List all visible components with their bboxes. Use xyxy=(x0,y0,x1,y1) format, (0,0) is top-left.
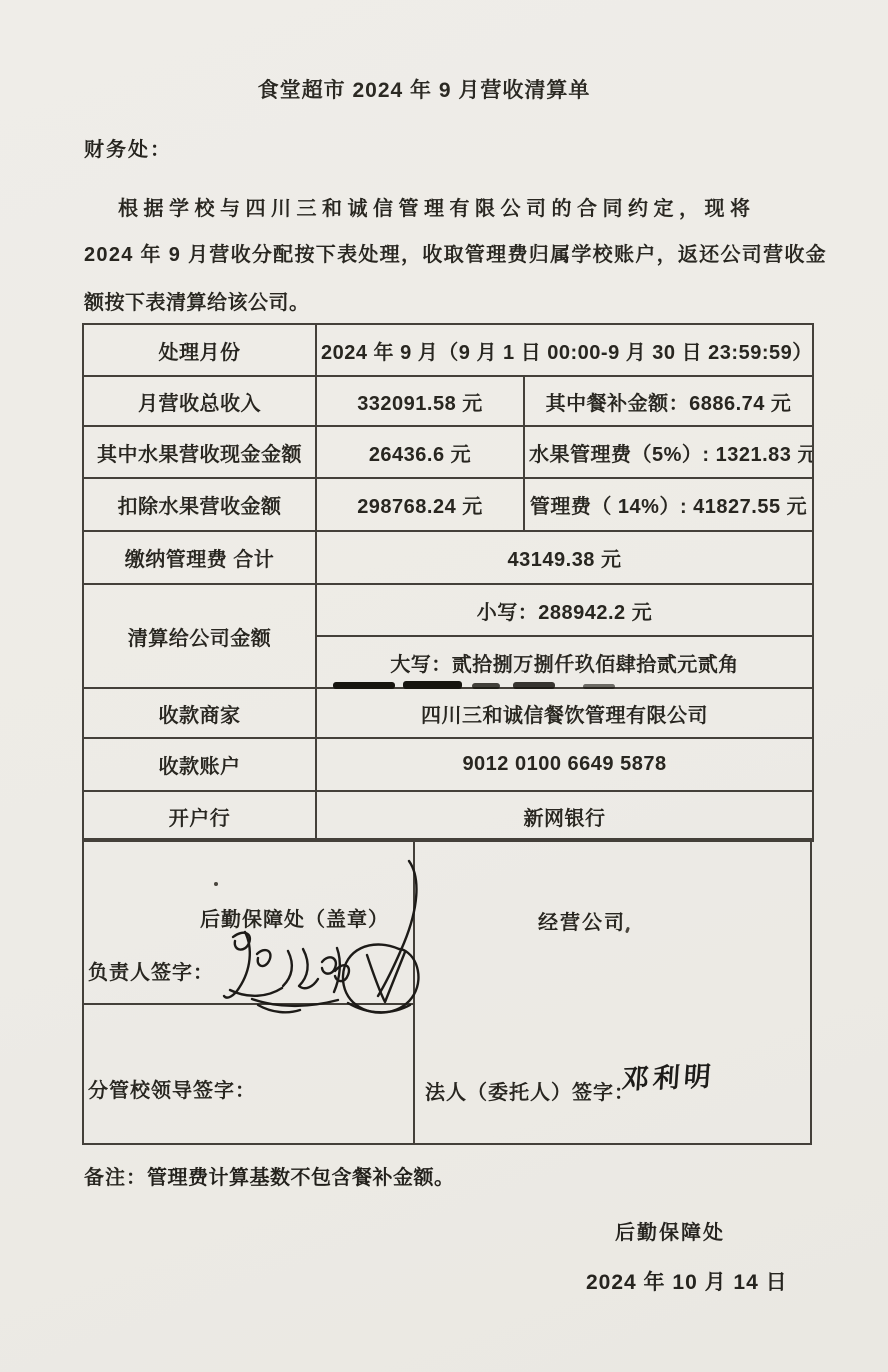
body-paragraph-line-3: 额按下表清算给该公司。 xyxy=(84,286,310,315)
table-row: 开户行 新网银行 xyxy=(83,791,813,841)
row-note: 管理费（ 14%）: 41827.55 元 xyxy=(524,478,813,531)
table-row: 清算给公司金额 小写：288942.2 元 xyxy=(83,584,813,636)
redacted-smudge xyxy=(403,681,462,689)
operating-company-title: 经营公司 xyxy=(538,906,626,935)
logistics-stamp-title: 后勤保障处（盖章） xyxy=(200,903,389,932)
remark-label: 备注： xyxy=(84,1167,147,1189)
signature-column-divider xyxy=(413,838,415,1145)
row-value-capital-amount: 大写：贰拾捌万捌仟玖佰肆拾贰元贰角 xyxy=(316,636,813,688)
row-label: 收款商家 xyxy=(83,688,316,738)
redacted-smudge xyxy=(583,684,615,689)
table-row: 其中水果营收现金金额 26436.6 元 水果管理费（5%）: 1321.83 … xyxy=(83,426,813,478)
row-label: 开户行 xyxy=(83,791,316,841)
body-paragraph-line-2: 2024 年 9 月营收分配按下表处理，收取管理费归属学校账户，返还公司营收金 xyxy=(84,238,827,267)
scan-speck xyxy=(214,882,218,886)
row-value: 2024 年 9 月（9 月 1 日 00:00-9 月 30 日 23:59:… xyxy=(316,324,813,376)
table-row: 收款账户 9012 0100 6649 5878 xyxy=(83,738,813,791)
remark-text: 管理费计算基数不包含餐补金额。 xyxy=(147,1167,455,1189)
remark-line: 备注：管理费计算基数不包含餐补金额。 xyxy=(84,1161,455,1190)
scanned-settlement-document: 食堂超市 2024 年 9 月营收清算单 财务处： 根据学校与四川三和诚信管理有… xyxy=(0,0,888,1372)
row-label: 清算给公司金额 xyxy=(83,584,316,688)
table-row: 缴纳管理费 合计 43149.38 元 xyxy=(83,531,813,584)
table-row: 处理月份 2024 年 9 月（9 月 1 日 00:00-9 月 30 日 2… xyxy=(83,324,813,376)
table-row: 收款商家 四川三和诚信餐饮管理有限公司 xyxy=(83,688,813,738)
row-label: 缴纳管理费 合计 xyxy=(83,531,316,584)
school-leader-signature-label: 分管校领导签字： xyxy=(88,1074,256,1103)
issuing-department: 后勤保障处 xyxy=(615,1216,725,1245)
legal-person-signature-label: 法人（委托人）签字： xyxy=(425,1076,635,1105)
redacted-smudge xyxy=(513,682,555,689)
row-value: 9012 0100 6649 5878 xyxy=(316,738,813,791)
row-value: 四川三和诚信餐饮管理有限公司 xyxy=(316,688,813,738)
row-label: 处理月份 xyxy=(83,324,316,376)
body-paragraph-line-1: 根据学校与四川三和诚信管理有限公司的合同约定，现将 xyxy=(118,192,756,221)
redacted-smudge xyxy=(333,682,395,689)
salutation: 财务处： xyxy=(84,133,172,162)
row-note: 其中餐补金额：6886.74 元 xyxy=(524,376,813,426)
row-label: 月营收总收入 xyxy=(83,376,316,426)
row-note: 水果管理费（5%）: 1321.83 元 xyxy=(524,426,813,478)
signature-left-row-divider xyxy=(84,1003,415,1005)
table-row: 扣除水果营收金额 298768.24 元 管理费（ 14%）: 41827.55… xyxy=(83,478,813,531)
settlement-table: 处理月份 2024 年 9 月（9 月 1 日 00:00-9 月 30 日 2… xyxy=(82,323,814,842)
document-date: 2024 年 10 月 14 日 xyxy=(586,1266,788,1296)
row-value: 43149.38 元 xyxy=(316,531,813,584)
manager-signature-label: 负责人签字： xyxy=(88,956,214,985)
row-value: 298768.24 元 xyxy=(316,478,524,531)
legal-person-handwritten-name: 邓利明 xyxy=(621,1054,717,1096)
row-value: 332091.58 元 xyxy=(316,376,524,426)
row-value: 26436.6 元 xyxy=(316,426,524,478)
row-value-small-amount: 小写：288942.2 元 xyxy=(316,584,813,636)
page-title: 食堂超市 2024 年 9 月营收清算单 xyxy=(0,74,848,104)
row-label: 收款账户 xyxy=(83,738,316,791)
redacted-smudge xyxy=(472,683,500,689)
row-label: 扣除水果营收金额 xyxy=(83,478,316,531)
row-label: 其中水果营收现金金额 xyxy=(83,426,316,478)
table-row: 月营收总收入 332091.58 元 其中餐补金额：6886.74 元 xyxy=(83,376,813,426)
row-value: 新网银行 xyxy=(316,791,813,841)
